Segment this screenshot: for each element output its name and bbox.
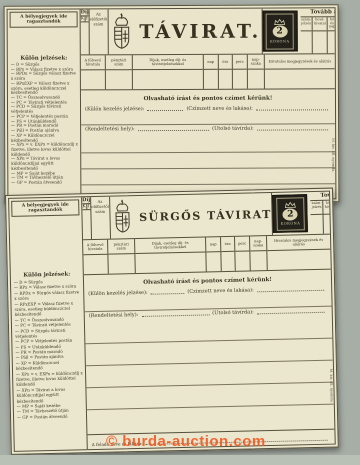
postage-stamp: 2 KORONA xyxy=(262,10,297,51)
affix-note: A bélyegjegyek ide ragasztandók xyxy=(11,199,79,217)
register-col-fees: Díjak, esetleg díj- és táviratjelzésekke… xyxy=(135,237,205,254)
register-col-office: A fölvevő hivatala xyxy=(83,240,107,256)
addressee-label: (Czímzett neve és lakása): xyxy=(187,287,254,295)
special-mark-item: RPxEXP = Válasz fizetve x szóra, esetleg… xyxy=(14,300,81,318)
forwarded-column-header: hó és nap xyxy=(328,17,336,31)
caller-box: Az előfizetői szám xyxy=(90,9,109,54)
register-col-minute: perc xyxy=(233,55,247,70)
register-col-cashno: pénztári szám xyxy=(106,55,132,70)
special-mark-item: GP = Postán átveendő xyxy=(11,180,78,185)
register-col-day: nap xyxy=(206,237,220,252)
stamp-value: 2 xyxy=(272,26,287,38)
register-col-office: A fölvevő hivatala xyxy=(81,55,105,70)
caller-box: Az előfizetői szám xyxy=(91,197,111,239)
forwarded-column: hová- hivatal xyxy=(323,200,334,233)
special-mark-item: XPn = Távirat a lovas küldönczdíjjal egy… xyxy=(11,157,78,171)
form-urgent-telegram: A bélyegjegyek ide ragasztandók Külön je… xyxy=(5,188,339,455)
fee-box: Díj K f xyxy=(81,9,90,54)
request-line: Olvasható írást és pontos czímet kérünk! xyxy=(85,95,331,102)
fee-entry-cell xyxy=(81,22,89,54)
forwarded-table: Tovább adta: szám- jelzés hová- hivata xyxy=(300,8,335,53)
special-mark-item: XPx = v. EXPx = küldönczdíj x fizetve, i… xyxy=(16,370,83,388)
stamp-currency: KORONA xyxy=(270,39,290,43)
special-mark-item: XPn = Távirat a lovas küldönczdíjjal egy… xyxy=(16,386,83,404)
forwarded-entry-cell xyxy=(313,31,327,53)
postage-stamp: 2 KORONA xyxy=(272,194,308,233)
forwarded-entry-cell xyxy=(311,215,323,234)
register-col-minute: perc xyxy=(235,236,249,251)
stamp-affix-area xyxy=(10,217,83,271)
message-area: Olvasható írást és pontos czímet kérünk!… xyxy=(81,89,335,199)
handling-label: (Külön kezelés jelzése): xyxy=(85,106,144,112)
form-telegram-inner: A bélyegjegyek ide ragasztandók Külön je… xyxy=(7,7,337,200)
forwarded-label: Tovább adta: xyxy=(310,192,334,201)
header-row: Díj K f Az előfizetői szám xyxy=(82,192,330,241)
title-zone: TÁVIRAT. xyxy=(108,9,262,55)
forwarded-entry-cell xyxy=(300,31,312,53)
forwarded-column-header: szám- jelzés xyxy=(311,201,323,215)
affix-note: A bélyegjegyek ide ragasztandók xyxy=(10,11,78,27)
stamp-crown-icon xyxy=(274,19,286,26)
register-col-hour: óra xyxy=(221,237,234,252)
stamp-affix-area xyxy=(8,29,80,53)
stamp-affix-column: A bélyegjegyek ide ragasztandók Külön je… xyxy=(9,197,88,451)
forwarded-column: szám- jelzés xyxy=(300,17,313,53)
register-col-daypart: nap- szaka xyxy=(250,236,266,251)
ruled-line xyxy=(85,338,332,345)
special-marks-list: D = SürgősRPx = Válasz fizetve x szóraRP… xyxy=(8,62,81,185)
coat-of-arms-icon xyxy=(108,13,134,51)
form-telegram-main: Díj K f Az előfizetői szám xyxy=(81,8,336,199)
special-mark-item: RPxEXP = Válasz fizetve x szóra, esetleg… xyxy=(11,81,78,95)
stamp-value: 2 xyxy=(283,208,298,220)
forwarded-column: hová- hivatal xyxy=(313,17,328,53)
fee-minor-unit: f xyxy=(85,16,89,21)
register-col-remarks: Hivatalos megjegyzések és aláírás xyxy=(265,54,335,69)
ruled-line xyxy=(81,183,335,185)
stamp-currency: KORONA xyxy=(281,222,301,226)
form-telegram: A bélyegjegyek ide ragasztandók Külön je… xyxy=(4,4,340,203)
register-col-hour: óra xyxy=(219,55,232,70)
request-line: Olvasható írást és pontos czímet kérünk! xyxy=(88,276,327,287)
forwarded-entry-cell xyxy=(324,214,335,233)
printer-imprint: M. kir. áll. nyomda. xyxy=(331,138,335,172)
printer-imprint: M. kir. áll. nyomda. xyxy=(329,368,334,402)
message-area: Olvasható írást és pontos czímet kérünk!… xyxy=(84,270,335,435)
form-title: TÁVIRAT. xyxy=(139,20,261,43)
fee-entry-cell xyxy=(82,210,91,239)
coat-of-arms-icon xyxy=(110,199,135,236)
destination-label: (Rendeltetési hely): xyxy=(89,312,139,319)
register-col-remarks: Hivatalos megjegyzések és aláírás xyxy=(267,235,330,251)
special-mark-item: GP = Postán átveendő xyxy=(17,413,84,420)
ruled-line xyxy=(81,167,335,169)
stamp-crown-icon xyxy=(284,201,296,208)
ruled-line xyxy=(86,360,333,367)
register-col-daypart: nap- szaka xyxy=(248,55,264,70)
ruled-line xyxy=(81,151,335,153)
form-urgent-inner: A bélyegjegyek ide ragasztandók Külön je… xyxy=(8,191,336,452)
forwarded-column-header: hová- hivatal xyxy=(313,17,327,31)
forwarded-column-header: hová- hivatal xyxy=(323,200,334,214)
register-col-cashno: pénztári szám xyxy=(108,239,134,255)
register-col-fees: Díjak, esetleg díj- és táviratjelzésekke… xyxy=(133,55,203,70)
auction-watermark: © burda-auction.com xyxy=(106,433,266,450)
fee-label: Díj xyxy=(81,9,89,16)
register-row: A fölvevő hivatala pénztári szám Díjak, … xyxy=(81,54,335,90)
header-row: Díj K f Az előfizetői szám xyxy=(81,8,335,55)
forwarded-column: hó és nap xyxy=(328,17,336,53)
stamp-affix-column: A bélyegjegyek ide ragasztandók Külön je… xyxy=(8,9,82,199)
form-title: SÜRGŐS TÁVIRAT xyxy=(139,207,272,223)
special-marks-list: D = SürgősRPx = Válasz fizetve x szóraRP… xyxy=(11,278,86,420)
last-office-label: (Utolsó távírda): xyxy=(212,309,254,316)
forwarded-column: szám- jelzés xyxy=(311,201,325,234)
fee-minor-unit: f xyxy=(87,204,91,209)
handling-label: (Külön kezelés jelzése): xyxy=(88,290,147,297)
special-mark-item: XPx = v. EXPx = küldönczdíj x fizetve, i… xyxy=(11,143,78,157)
ruled-line xyxy=(87,404,334,411)
title-zone: SÜRGŐS TÁVIRAT xyxy=(110,193,274,239)
auction-photo: A bélyegjegyek ide ragasztandók Külön je… xyxy=(0,0,360,465)
ruled-line xyxy=(86,382,333,389)
forwarded-entry-cell xyxy=(328,31,336,53)
form-urgent-main: Díj K f Az előfizetői szám xyxy=(82,192,335,450)
addressee-label: (Czímzett neve és lakása): xyxy=(186,106,252,112)
register-col-day: nap xyxy=(204,55,218,70)
last-office-label: (Utolsó távírda): xyxy=(212,126,254,132)
register-row: A fölvevő hivatala pénztári szám Díjak, … xyxy=(83,235,331,276)
forwarded-label: Tovább adta: xyxy=(300,8,335,17)
forwarded-table: Tovább adta: szám- jelzés hová- hivata xyxy=(310,192,334,234)
destination-label: (Rendeltetési hely): xyxy=(85,126,135,132)
forwarded-column-header: szám- jelzés xyxy=(300,17,312,31)
